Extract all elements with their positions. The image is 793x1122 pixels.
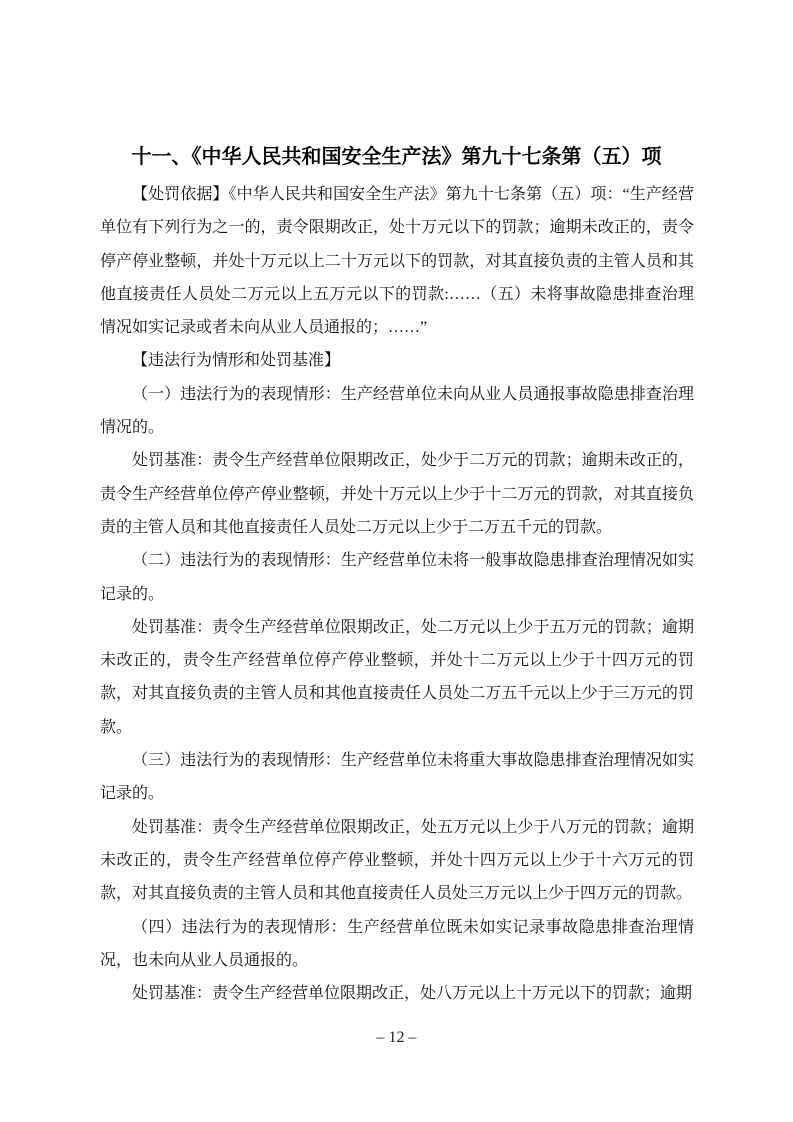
paragraph-item-3-standard: 处罚基准：责令生产经营单位限期改正，处五万元以上少于八万元的罚款；逾期未改正的，… bbox=[100, 811, 694, 911]
paragraph-section-heading: 【违法行为情形和处罚基准】 bbox=[100, 344, 694, 377]
paragraph-item-2-situation: （二）违法行为的表现情形：生产经营单位未将一般事故隐患排查治理情况如实记录的。 bbox=[100, 544, 694, 611]
page-title: 十一、《中华人民共和国安全生产法》第九十七条第（五）项 bbox=[0, 143, 793, 172]
page-number: – 12 – bbox=[0, 1026, 793, 1050]
paragraph-item-4-situation: （四）违法行为的表现情形：生产经营单位既未如实记录事故隐患排查治理情况，也未向从… bbox=[100, 911, 694, 978]
paragraph-item-1-standard: 处罚基准：责令生产经营单位限期改正，处少于二万元的罚款；逾期未改正的，责令生产经… bbox=[100, 444, 694, 544]
document-page: 十一、《中华人民共和国安全生产法》第九十七条第（五）项 【处罚依据】《中华人民共… bbox=[0, 0, 793, 1122]
paragraph-item-1-situation: （一）违法行为的表现情形：生产经营单位未向从业人员通报事故隐患排查治理情况的。 bbox=[100, 378, 694, 445]
paragraph-item-3-situation: （三）违法行为的表现情形：生产经营单位未将重大事故隐患排查治理情况如实记录的。 bbox=[100, 744, 694, 811]
paragraph-item-2-standard: 处罚基准：责令生产经营单位限期改正，处二万元以上少于五万元的罚款；逾期未改正的，… bbox=[100, 611, 694, 744]
paragraph-penalty-basis: 【处罚依据】《中华人民共和国安全生产法》第九十七条第（五）项：“生产经营单位有下… bbox=[100, 178, 694, 344]
document-body: 【处罚依据】《中华人民共和国安全生产法》第九十七条第（五）项：“生产经营单位有下… bbox=[100, 178, 694, 1010]
paragraph-item-4-standard: 处罚基准：责令生产经营单位限期改正，处八万元以上十万元以下的罚款；逾期 bbox=[100, 977, 694, 1010]
